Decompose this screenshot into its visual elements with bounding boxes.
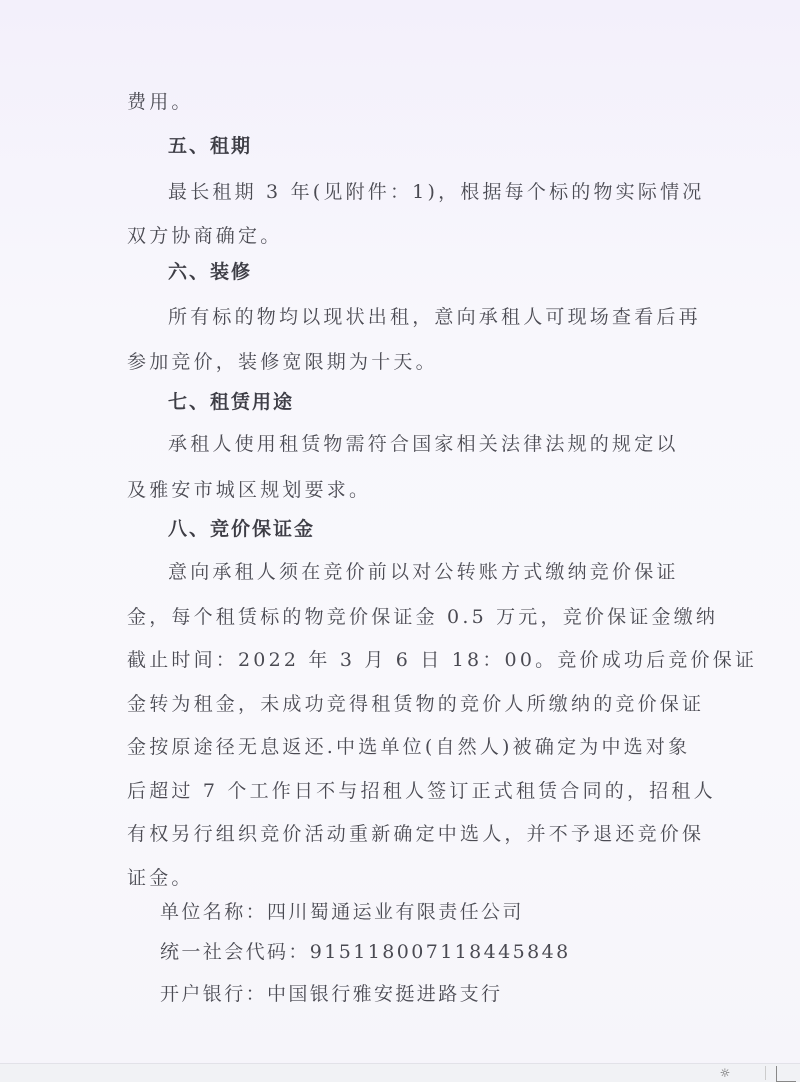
text-line: 有权另行组织竞价活动重新确定中选人，并不予退还竞价保 (127, 822, 704, 846)
bank-name: 开户银行：中国银行雅安挺进路支行 (160, 982, 502, 1006)
text-line: 最长租期 3 年(见附件：1)，根据每个标的物实际情况 (168, 180, 704, 204)
text-line: 金转为租金，未成功竞得租赁物的竞价人所缴纳的竞价保证 (127, 692, 704, 716)
text-line: 金，每个租赁标的物竞价保证金 0.5 万元，竞价保证金缴纳 (127, 605, 718, 629)
credit-code: 统一社会代码：915118007118445848 (160, 940, 571, 964)
text-line: 后超过 7 个工作日不与招租人签订正式租赁合同的，招租人 (127, 779, 716, 803)
text-line: 承租人使用租赁物需符合国家相关法律法规的规定以 (168, 432, 679, 456)
document-page: 费用。 五、租期 最长租期 3 年(见附件：1)，根据每个标的物实际情况 双方协… (0, 0, 800, 1062)
text-line: 截止时间：2022 年 3 月 6 日 18：00。竞价成功后竞价保证 (127, 648, 757, 672)
status-divider (765, 1066, 766, 1080)
text-line: 费用。 (127, 90, 194, 114)
text-line: 参加竞价，装修宽限期为十天。 (127, 350, 438, 374)
section-heading-lease-term: 五、租期 (168, 134, 252, 158)
text-line: 金按原途径无息返还.中选单位(自然人)被确定为中选对象 (127, 735, 690, 759)
text-line: 证金。 (127, 866, 194, 890)
text-line: 双方协商确定。 (127, 224, 282, 248)
section-heading-renovation: 六、装修 (168, 260, 252, 284)
text-line: 所有标的物均以现状出租，意向承租人可现场查看后再 (168, 305, 701, 329)
text-line: 及雅安市城区规划要求。 (127, 478, 371, 502)
text-line: 意向承租人须在竞价前以对公转账方式缴纳竞价保证 (168, 560, 679, 584)
resize-handle-icon[interactable] (776, 1066, 796, 1082)
unit-name: 单位名称：四川蜀通运业有限责任公司 (160, 900, 524, 924)
section-heading-deposit: 八、竞价保证金 (168, 517, 315, 541)
section-heading-usage: 七、租赁用途 (168, 390, 294, 414)
status-bar (0, 1063, 800, 1082)
brightness-icon[interactable]: ☼ (718, 1066, 732, 1080)
